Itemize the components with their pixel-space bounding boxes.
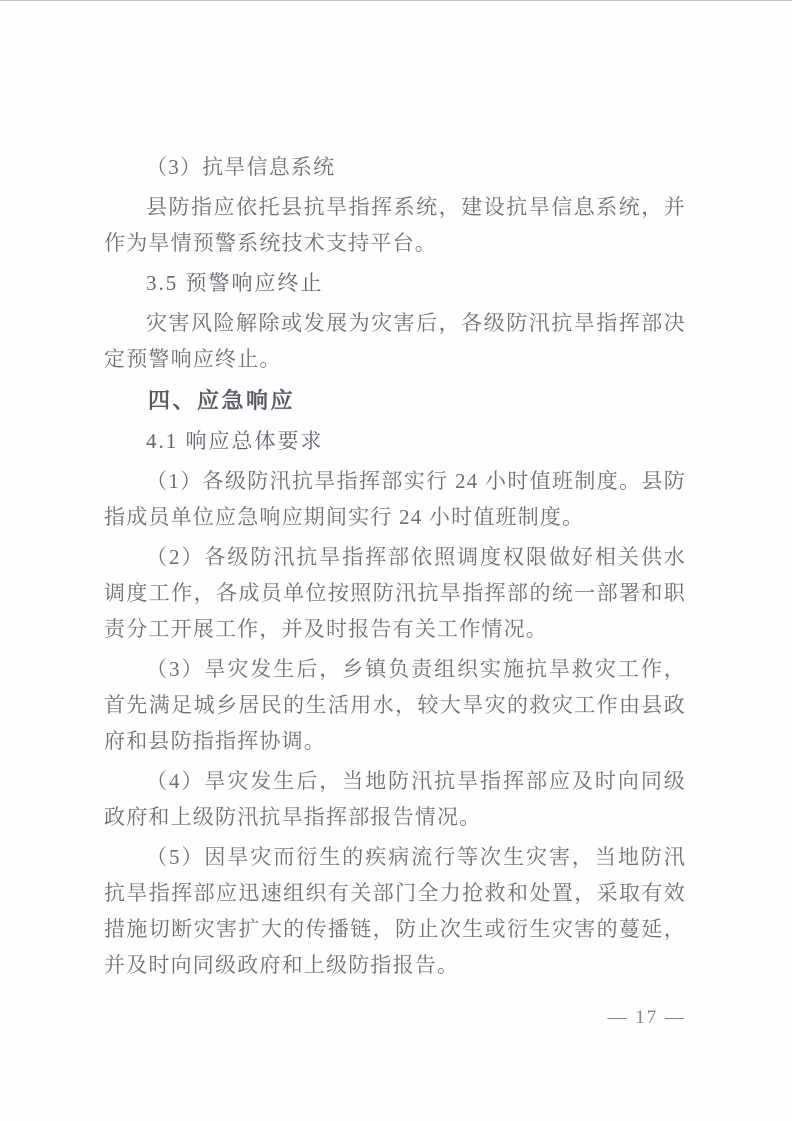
scan-edge-line	[0, 0, 792, 1]
paragraph-info-system: 县防指应依托县抗旱指挥系统，建设抗旱信息系统，并作为旱情预警系统技术支持平台。	[104, 189, 686, 261]
paragraph-item-1: （1）各级防汛抗旱指挥部实行 24 小时值班制度。县防指成员单位应急响应期间实行…	[104, 463, 686, 535]
paragraph-item-5: （5）因旱灾而衍生的疾病流行等次生灾害，当地防汛抗旱指挥部应迅速组织有关部门全力…	[104, 839, 686, 983]
item-3-heading: （3）抗旱信息系统	[104, 149, 686, 185]
section-3-5-heading: 3.5 预警响应终止	[104, 265, 686, 301]
paragraph-item-3: （3）旱灾发生后，乡镇负责组织实施抗旱救灾工作，首先满足城乡居民的生活用水，较大…	[104, 651, 686, 759]
paragraph-warning-termination: 灾害风险解除或发展为灾害后，各级防汛抗旱指挥部决定预警响应终止。	[104, 305, 686, 377]
page-content: （3）抗旱信息系统 县防指应依托县抗旱指挥系统，建设抗旱信息系统，并作为旱情预警…	[104, 149, 686, 983]
paragraph-item-4: （4）旱灾发生后，当地防汛抗旱指挥部应及时向同级政府和上级防汛抗旱指挥部报告情况…	[104, 763, 686, 835]
page-number: — 17 —	[104, 1004, 686, 1032]
paragraph-item-2: （2）各级防汛抗旱指挥部依照调度权限做好相关供水调度工作，各成员单位按照防汛抗旱…	[104, 539, 686, 647]
chapter-4-heading: 四、应急响应	[104, 383, 686, 419]
section-4-1-heading: 4.1 响应总体要求	[104, 423, 686, 459]
document-page: （3）抗旱信息系统 县防指应依托县抗旱指挥系统，建设抗旱信息系统，并作为旱情预警…	[0, 0, 792, 1121]
